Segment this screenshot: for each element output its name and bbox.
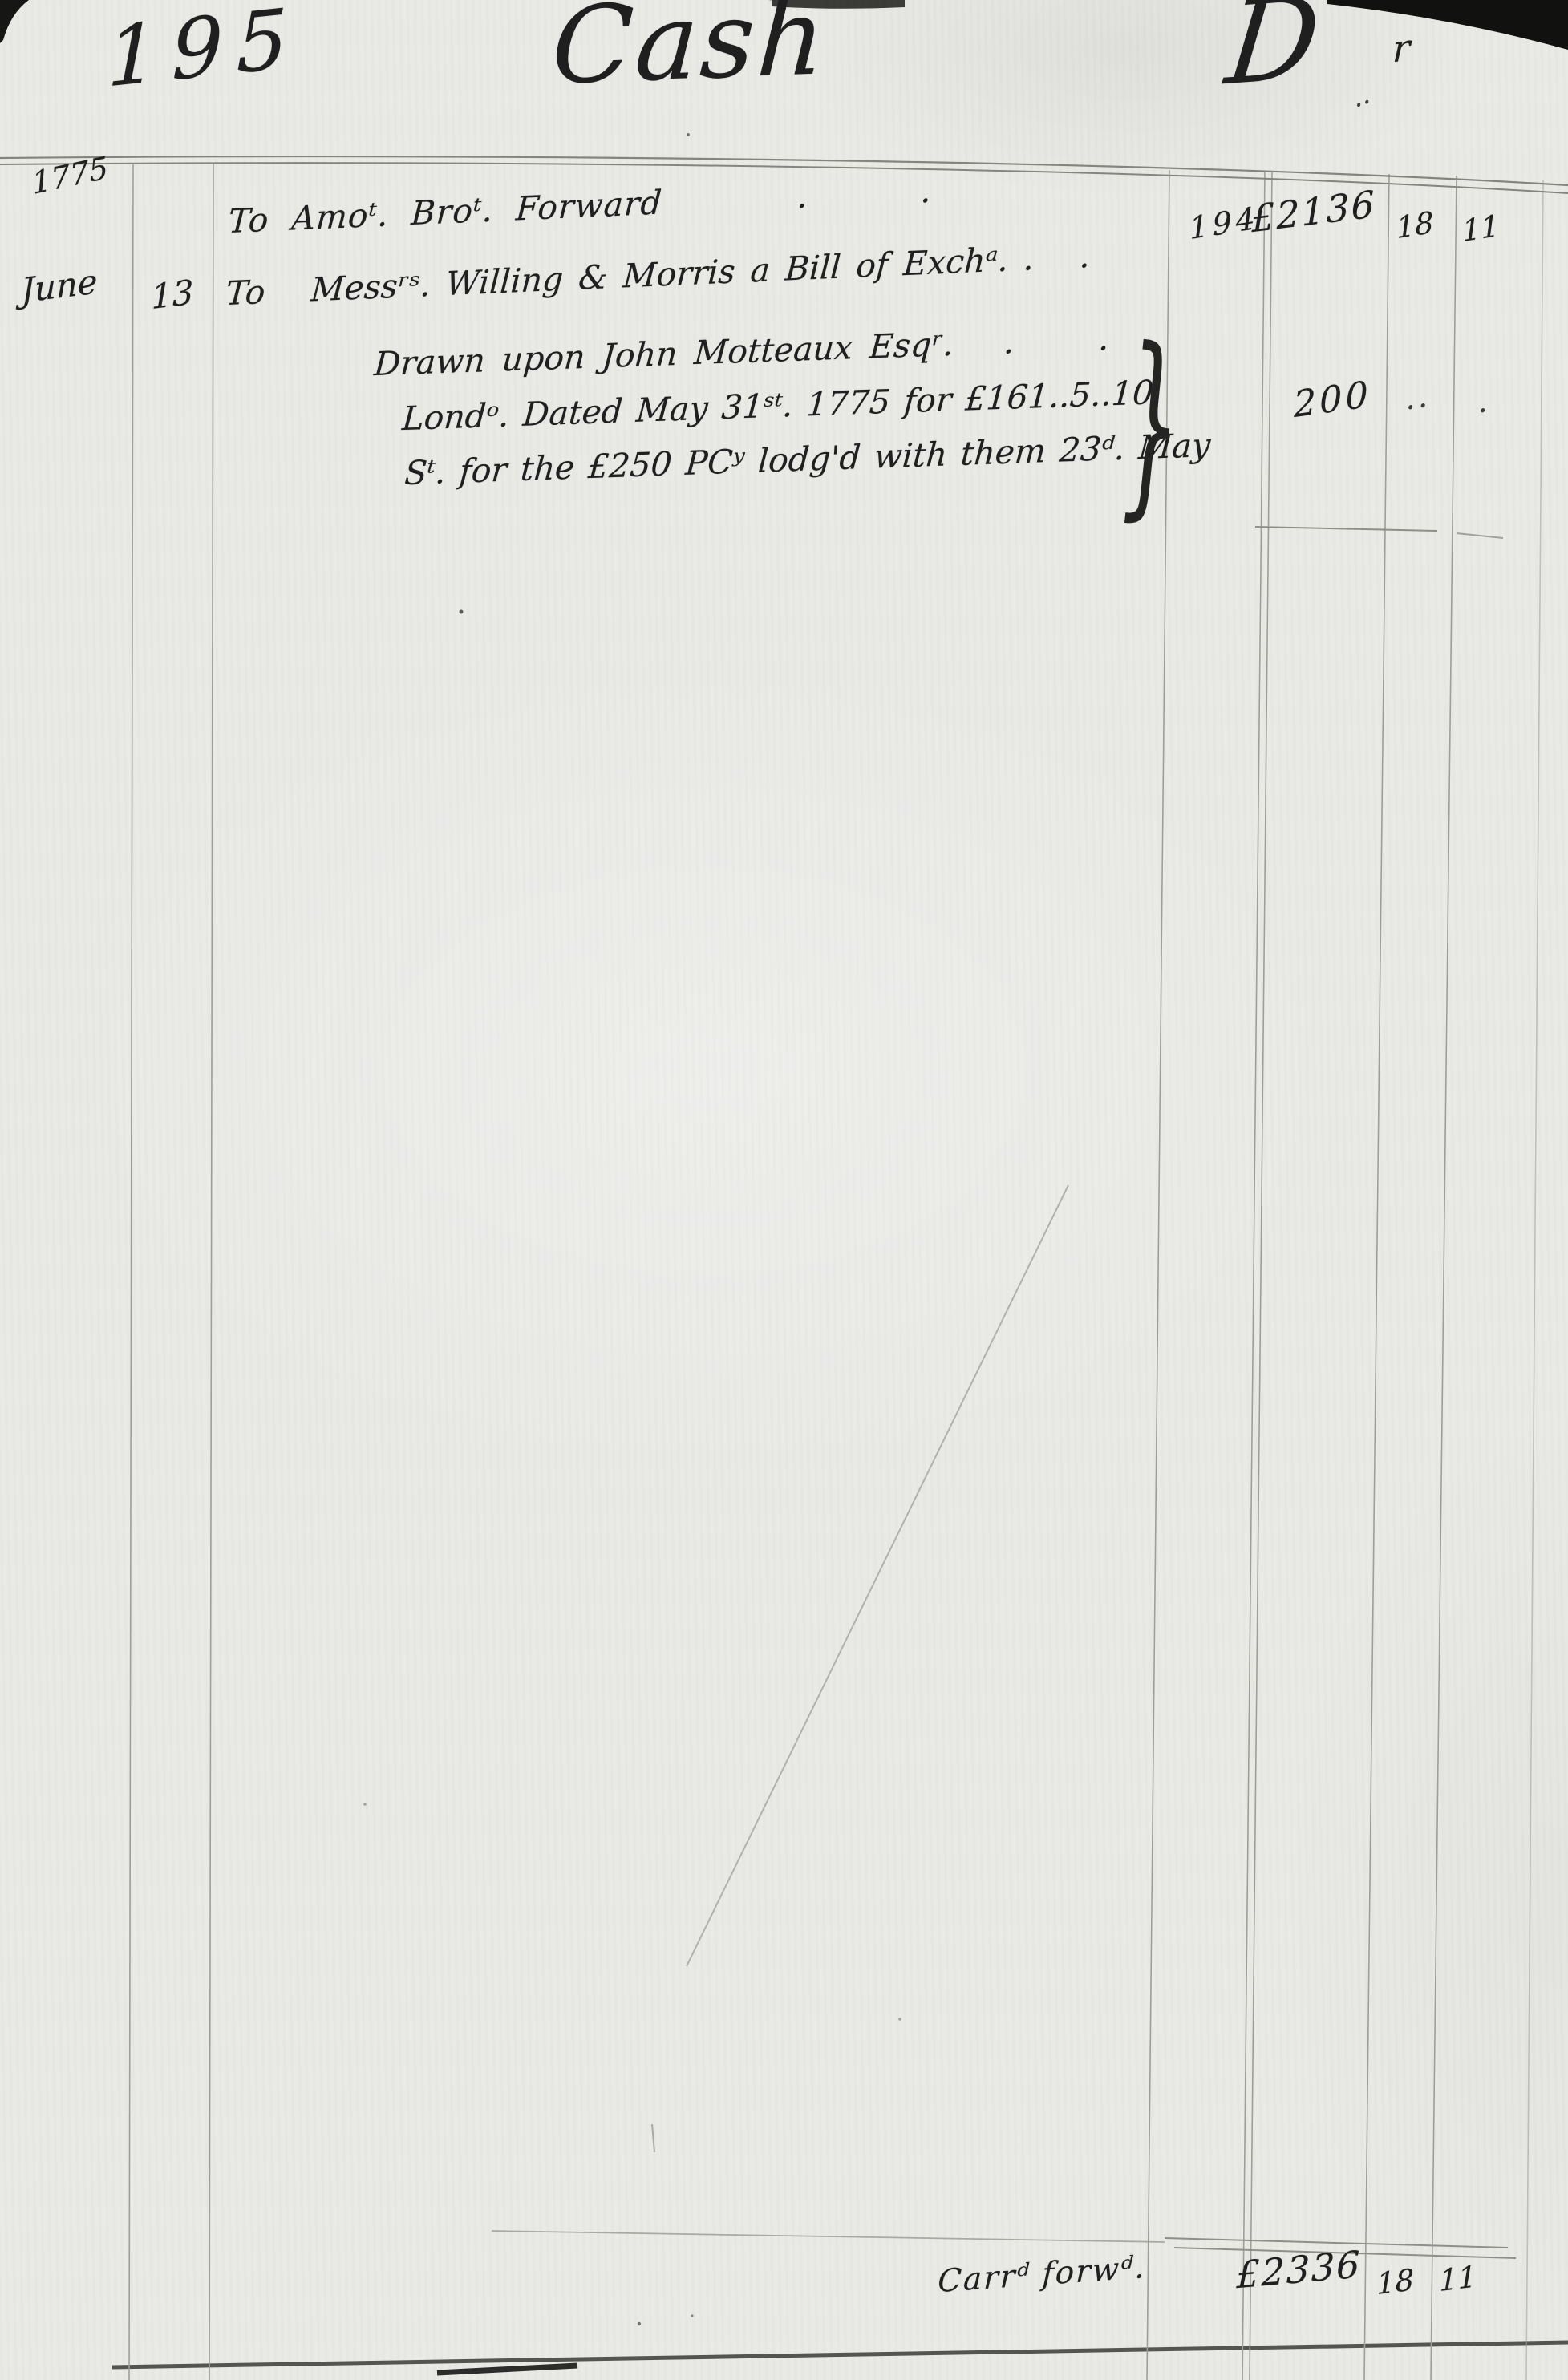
- stray-mark: [652, 2124, 654, 2152]
- ink-speck: [638, 2322, 641, 2325]
- debit-label: D: [1222, 0, 1325, 102]
- entry-sum-rule-pence: [1457, 533, 1503, 538]
- scan-shadow-top-left: [0, 0, 29, 43]
- entry-2-pounds: 200: [1293, 375, 1372, 423]
- entry-1-shillings: 18: [1396, 208, 1434, 244]
- entry-2-shillings-blank-mark: ..: [1402, 380, 1432, 415]
- ink-speck: [687, 133, 690, 136]
- rule-pence-col: [1431, 176, 1457, 2380]
- ledger-page: 195 Cash D r .. 1775 June 13 To Amoᵗ. Br…: [0, 0, 1568, 2380]
- debit-label-superscript: r: [1392, 29, 1411, 68]
- ink-speck: [691, 2314, 693, 2317]
- rule-shillings-col: [1364, 174, 1389, 2380]
- bottom-page-edge-dark-segment: [437, 2366, 577, 2373]
- entry-2-brace: }: [1121, 321, 1181, 525]
- total-pence: 11: [1439, 2261, 1477, 2296]
- rule-right-edge: [1526, 180, 1543, 2380]
- rule-day-col: [209, 163, 213, 2380]
- entry-1-pence: 11: [1461, 211, 1500, 247]
- month-label: June: [21, 265, 98, 308]
- ink-speck: [363, 1803, 367, 1806]
- total-pounds: £2336: [1236, 2245, 1362, 2293]
- bottom-page-edge: [112, 2342, 1568, 2367]
- rule-month-col: [129, 163, 133, 2380]
- ink-speck: [460, 610, 464, 614]
- page-number: 195: [107, 0, 301, 100]
- scan-shadow-top-right: [1327, 0, 1568, 50]
- sum-rules: [492, 527, 1516, 2258]
- page-title: Cash: [549, 0, 830, 99]
- total-shillings: 18: [1376, 2265, 1414, 2299]
- footer-rule-left: [492, 2231, 1165, 2242]
- day-label: 13: [151, 275, 194, 314]
- column-rules: [129, 163, 1543, 2380]
- crease-line: [687, 1185, 1068, 1966]
- entry-sum-rule: [1255, 527, 1437, 531]
- ink-speck: [898, 2018, 901, 2021]
